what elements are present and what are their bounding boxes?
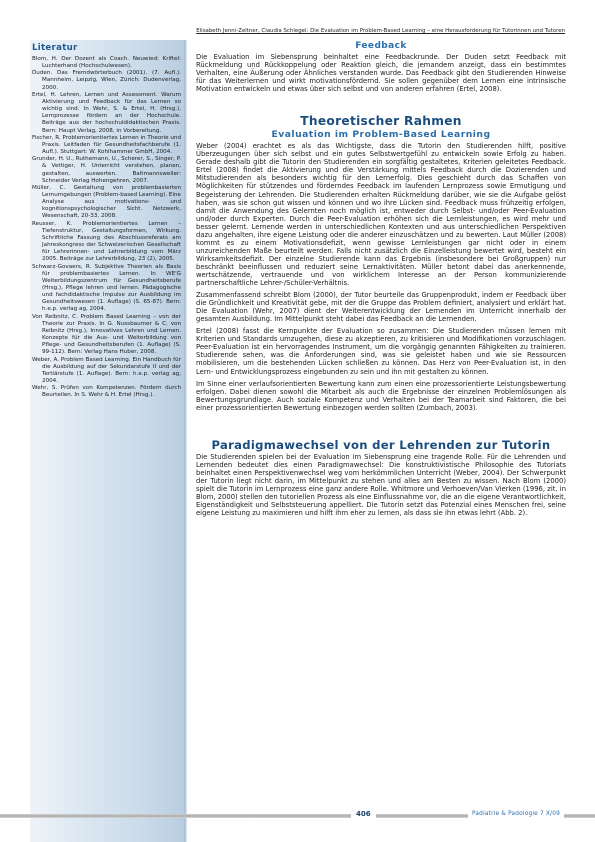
reference-item: Weber, A. Problem Based Learning. Ein Ha… bbox=[32, 357, 181, 386]
paragraph: Zusammenfassend schreibt Blom (2000), de… bbox=[196, 291, 566, 323]
reference-item: Reusser, K. Problemorientiertes Lernen –… bbox=[32, 221, 181, 264]
paragraph: Die Evaluation im Siebensprung beinhalte… bbox=[196, 53, 566, 93]
reference-list: Blom, H. Der Dozent als Coach. Neuwied: … bbox=[32, 56, 181, 400]
section-heading-theory: Theoretischer Rahmen bbox=[196, 113, 566, 129]
page-number: 406 bbox=[351, 808, 376, 820]
reference-item: Blom, H. Der Dozent als Coach. Neuwied: … bbox=[32, 56, 181, 70]
theory-section: Theoretischer Rahmen Evaluation im Probl… bbox=[196, 113, 566, 412]
feedback-section: Feedback Die Evaluation im Siebensprung … bbox=[196, 40, 566, 93]
reference-item: Ertel, H. Lehren, Lernen und Assessment.… bbox=[32, 92, 181, 135]
section-heading-feedback: Feedback bbox=[196, 40, 566, 53]
section-heading-paradigm: Paradigmawechsel von der Lehrenden zur T… bbox=[196, 438, 566, 453]
paragraph: Weber (2004) erachtet es als das Wichtig… bbox=[196, 142, 566, 287]
references-sidebar: Literatur Blom, H. Der Dozent als Coach.… bbox=[30, 40, 184, 842]
reference-item: Müller, C. Gestaltung von problembasiert… bbox=[32, 185, 181, 221]
reference-item: Schwarz-Govaers, R. Subjektive Theorien … bbox=[32, 264, 181, 314]
paradigm-section: Paradigmawechsel von der Lehrenden zur T… bbox=[196, 438, 566, 517]
reference-item: Von Reibnitz, C. Problem Based Learning … bbox=[32, 314, 181, 357]
paragraph: Die Studierenden spielen bei der Evaluat… bbox=[196, 453, 566, 517]
subsection-heading-evaluation: Evaluation im Problem-Based Learning bbox=[196, 129, 566, 141]
running-head: Elisabeth Jenni-Zeltner, Claudia Schlege… bbox=[48, 28, 565, 34]
reference-item: Fischer, R. Problemorientiertes Lernen i… bbox=[32, 135, 181, 156]
journal-name: Padiatrie & Padologie 7 X/09 bbox=[468, 808, 564, 820]
paragraph: Im Sinne einer verlaufsorientierten Bewe… bbox=[196, 380, 566, 412]
reference-item: Duden. Das Fremdwörterbuch (2001). (7. A… bbox=[32, 70, 181, 91]
reference-item: Grunder, H. U., Ruthemann, U., Scherer, … bbox=[32, 156, 181, 185]
reference-item: Wehr, S. Prüfen von Kompetenzen. Fördern… bbox=[32, 385, 181, 399]
paragraph: Ertel (2008) fasst die Kernpunkte der Ev… bbox=[196, 327, 566, 375]
references-title: Literatur bbox=[32, 43, 78, 53]
article-body: Feedback Die Evaluation im Siebensprung … bbox=[196, 40, 566, 521]
